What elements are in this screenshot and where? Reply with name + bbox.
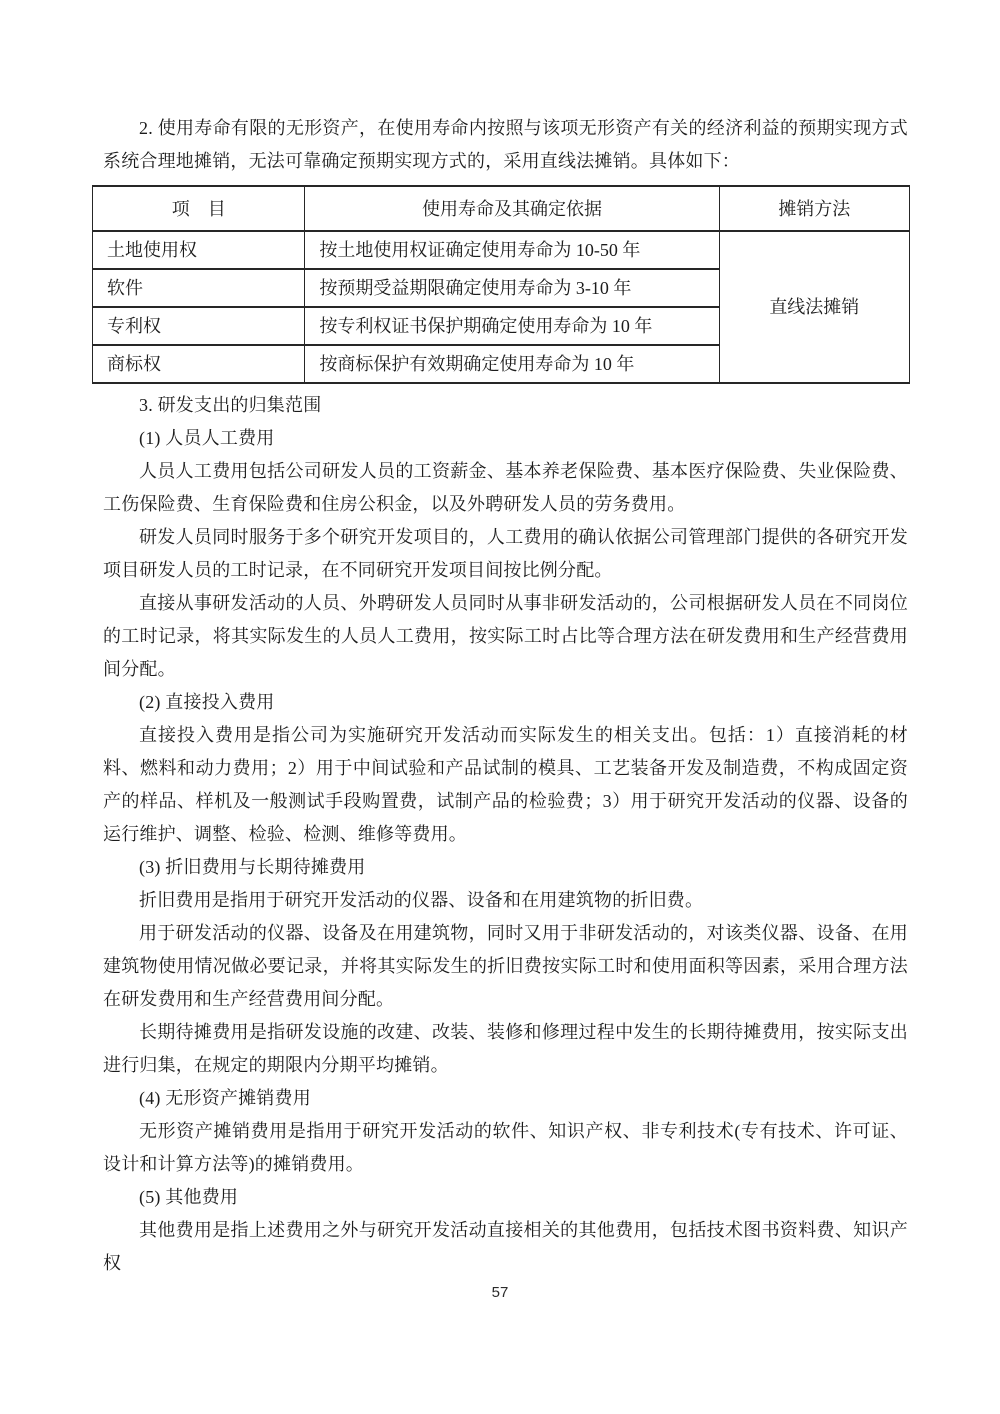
section-heading-rd-scope: 3. 研发支出的归集范围 <box>103 389 908 422</box>
document-page-content: 2. 使用寿命有限的无形资产，在使用寿命内按照与该项无形资产有关的经济利益的预期… <box>103 112 908 1280</box>
paragraph-other: 其他费用是指上述费用之外与研究开发活动直接相关的其他费用，包括技术图书资料费、知… <box>103 1214 908 1280</box>
paragraph-depreciation-2: 用于研发活动的仪器、设备及在用建筑物，同时又用于非研发活动的，对该类仪器、设备、… <box>103 917 908 1016</box>
table-header-method: 摊销方法 <box>719 186 909 231</box>
table-row: 土地使用权 按土地使用权证确定使用寿命为 10-50 年 直线法摊销 <box>93 231 910 269</box>
section-heading-direct-input: (2) 直接投入费用 <box>103 686 908 719</box>
paragraph-depreciation-1: 折旧费用是指用于研究开发活动的仪器、设备和在用建筑物的折旧费。 <box>103 884 908 917</box>
table-cell-item: 商标权 <box>93 345 305 383</box>
table-cell-item: 专利权 <box>93 307 305 345</box>
table-cell-basis: 按土地使用权证确定使用寿命为 10-50 年 <box>305 231 719 269</box>
section-heading-intangible-amort: (4) 无形资产摊销费用 <box>103 1082 908 1115</box>
paragraph-direct-input: 直接投入费用是指公司为实施研究开发活动而实际发生的相关支出。包括：1）直接消耗的… <box>103 719 908 851</box>
table-header-item: 项 目 <box>93 186 305 231</box>
section-heading-depreciation: (3) 折旧费用与长期待摊费用 <box>103 851 908 884</box>
table-cell-basis: 按预期受益期限确定使用寿命为 3-10 年 <box>305 269 719 307</box>
paragraph-labor-2: 研发人员同时服务于多个研究开发项目的，人工费用的确认依据公司管理部门提供的各研究… <box>103 521 908 587</box>
page-number: 57 <box>0 1284 1000 1301</box>
paragraph-labor-3: 直接从事研发活动的人员、外聘研发人员同时从事非研发活动的，公司根据研发人员在不同… <box>103 587 908 686</box>
section-heading-other-cost: (5) 其他费用 <box>103 1181 908 1214</box>
paragraph-depreciation-3: 长期待摊费用是指研发设施的改建、改装、装修和修理过程中发生的长期待摊费用，按实际… <box>103 1016 908 1082</box>
table-cell-item: 土地使用权 <box>93 231 305 269</box>
paragraph-amortization-intro: 2. 使用寿命有限的无形资产，在使用寿命内按照与该项无形资产有关的经济利益的预期… <box>103 112 908 178</box>
amortization-table: 项 目 使用寿命及其确定依据 摊销方法 土地使用权 按土地使用权证确定使用寿命为… <box>92 185 910 384</box>
table-header-useful-life: 使用寿命及其确定依据 <box>305 186 719 231</box>
paragraph-labor-1: 人员人工费用包括公司研发人员的工资薪金、基本养老保险费、基本医疗保险费、失业保险… <box>103 455 908 521</box>
paragraph-intangible: 无形资产摊销费用是指用于研究开发活动的软件、知识产权、非专利技术(专有技术、许可… <box>103 1115 908 1181</box>
table-header-row: 项 目 使用寿命及其确定依据 摊销方法 <box>93 186 910 231</box>
table-cell-basis: 按商标保护有效期确定使用寿命为 10 年 <box>305 345 719 383</box>
table-cell-item: 软件 <box>93 269 305 307</box>
section-heading-labor-cost: (1) 人员人工费用 <box>103 422 908 455</box>
table-cell-basis: 按专利权证书保护期确定使用寿命为 10 年 <box>305 307 719 345</box>
table-cell-method-merged: 直线法摊销 <box>719 231 909 383</box>
